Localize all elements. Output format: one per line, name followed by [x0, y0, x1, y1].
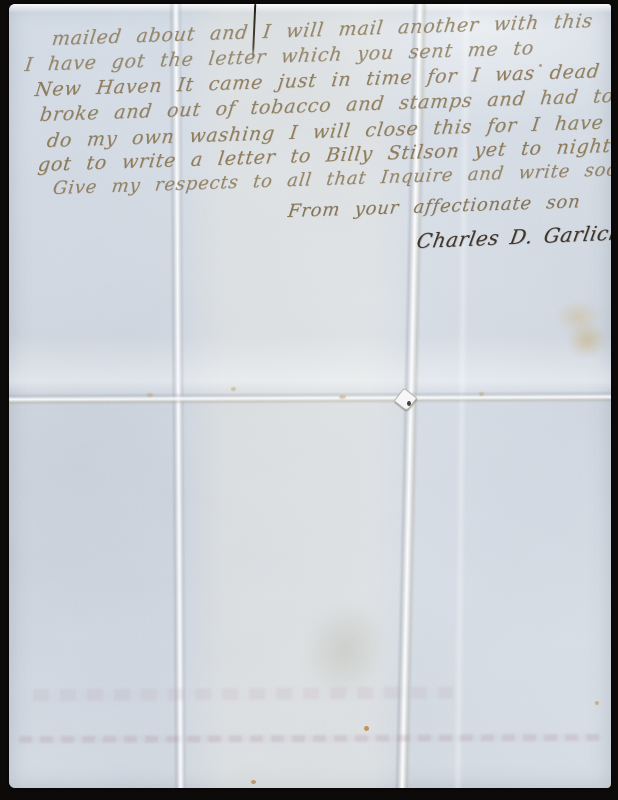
fold-crease-horizontal: [9, 391, 611, 406]
crease-stain-speck: [147, 393, 153, 397]
crease-stain-speck: [231, 387, 236, 391]
fold-sheen: [9, 336, 611, 396]
fold-tear-speck: [407, 401, 411, 406]
ink-offset-smudge: [19, 734, 601, 743]
stain-yellow: [567, 322, 607, 358]
signature: Charles D. Garlick: [415, 220, 611, 253]
letter-scan: mailed about and I will mail another wit…: [0, 0, 618, 800]
crease-stain-speck: [339, 395, 346, 399]
rust-spot: [251, 780, 256, 784]
letter-page: mailed about and I will mail another wit…: [9, 4, 611, 788]
rust-spot: [595, 701, 599, 705]
rust-spot: [364, 726, 369, 731]
crease-stain-speck: [479, 392, 484, 396]
